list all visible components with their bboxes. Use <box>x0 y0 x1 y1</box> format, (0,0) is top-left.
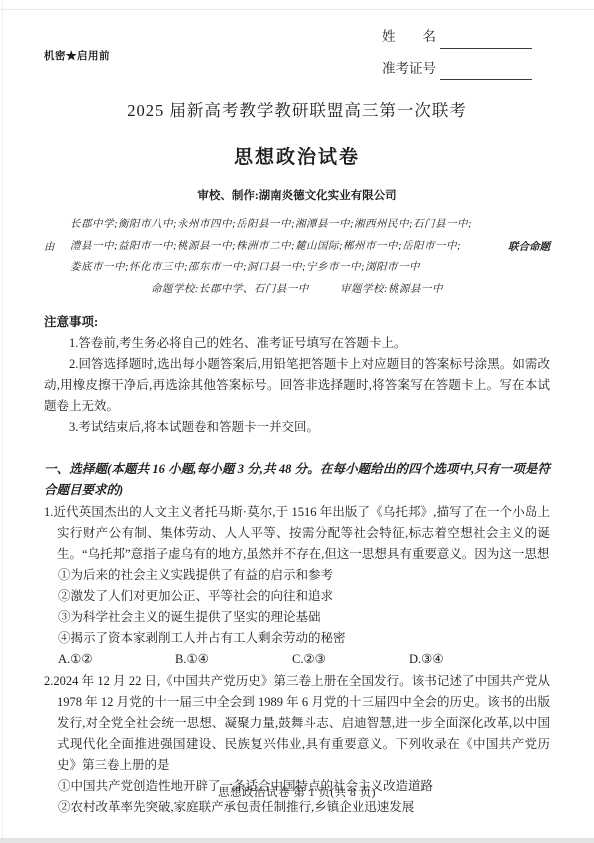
exam-title: 2025 届新高考教学教研联盟高三第一次联考 <box>44 97 550 125</box>
school-line-3: 娄底市一中;怀化市三中;邵东市一中;洞口县一中;宁乡市一中;浏阳市一中 <box>70 257 492 279</box>
page-header: 机密★启用前 姓 名 准考证号 <box>44 26 550 89</box>
question-2-stem: 2.2024 年 12 月 22 日,《中国共产党历史》第三卷上册在全国发行。该… <box>44 671 550 776</box>
question-1-statement-4: ④揭示了资本家剥削工人并占有工人剩余劳动的秘密 <box>58 628 550 649</box>
notice-section: 注意事项: 1.答卷前,考生务必将自己的姓名、准考证号填写在答题卡上。 2.回答… <box>44 312 550 438</box>
admission-no-label: 准考证号 <box>382 58 436 81</box>
question-1-choice-c: C.②③ <box>292 649 409 670</box>
question-1-statement-3: ③为科学社会主义的诞生提供了坚实的理论基础 <box>58 607 550 628</box>
setter-schools: 命题学校:长郡中学、石门县一中 <box>151 284 309 295</box>
school-line-2: 澧县一中;益阳市一中;桃源县一中;株洲市二中;麓山国际;郴州市一中;岳阳市一中; <box>70 236 492 258</box>
scan-edge-top <box>0 9 594 10</box>
reviewer-school: 审题学校:桃源县一中 <box>340 284 443 295</box>
question-1-stem: 1.近代英国杰出的人文主义者托马斯·莫尔,于 1516 年出版了《乌托邦》,描写… <box>44 502 550 565</box>
school-list: 长郡中学;衡阳市八中;永州市四中;岳阳县一中;湘潭县一中;湘西州民中;石门县一中… <box>70 214 492 279</box>
producer-line: 审校、制作:湖南炎德文化实业有限公司 <box>44 187 550 206</box>
section-1-header: 一、选择题(本题共 16 小题,每小题 3 分,共 48 分。在每小题给出的四个… <box>44 459 550 501</box>
question-1-choice-b: B.①④ <box>175 649 292 670</box>
name-label: 姓 名 <box>382 26 436 49</box>
candidate-info-block: 姓 名 准考证号 <box>382 26 532 89</box>
notice-item-3: 3.考试结束后,将本试题卷和答题卡一并交回。 <box>44 417 550 438</box>
subject-title: 思想政治试卷 <box>44 142 550 174</box>
page-footer: 思想政治试卷 第 1 页(共 8 页) <box>0 784 594 803</box>
admission-no-row: 准考证号 <box>382 58 532 81</box>
notice-item-2: 2.回答选择题时,选出每小题答案后,用铅笔把答题卡上对应题目的答案标号涂黑。如需… <box>44 354 550 417</box>
name-row: 姓 名 <box>382 26 532 49</box>
joint-proposition-block: 由 长郡中学;衡阳市八中;永州市四中;岳阳县一中;湘潭县一中;湘西州民中;石门县… <box>44 214 550 279</box>
notice-title: 注意事项: <box>44 312 550 333</box>
question-1-choices: A.①② B.①④ C.②③ D.③④ <box>58 649 550 670</box>
name-fill-line <box>440 34 532 49</box>
question-1: 1.近代英国杰出的人文主义者托马斯·莫尔,于 1516 年出版了《乌托邦》,描写… <box>44 502 550 670</box>
school-line-1: 长郡中学;衡阳市八中;永州市四中;岳阳县一中;湘潭县一中;湘西州民中;石门县一中… <box>70 214 492 236</box>
scan-edge-bottom <box>0 838 594 843</box>
question-1-statement-2: ②激发了人们对更加公正、平等社会的向往和追求 <box>58 586 550 607</box>
question-1-choice-d: D.③④ <box>409 649 444 670</box>
notice-item-1: 1.答卷前,考生务必将自己的姓名、准考证号填写在答题卡上。 <box>44 333 550 354</box>
by-character: 由 <box>44 214 70 279</box>
question-1-statement-1: ①为后来的社会主义实践提供了有益的启示和参考 <box>58 565 550 586</box>
joint-proposition-label: 联合命题 <box>492 214 550 279</box>
confidential-notice: 机密★启用前 <box>44 48 110 66</box>
scan-edge-left <box>2 0 3 843</box>
question-1-choice-a: A.①② <box>58 649 175 670</box>
exam-paper-page: 机密★启用前 姓 名 准考证号 2025 届新高考教学教研联盟高三第一次联考 思… <box>0 0 594 843</box>
setter-reviewer-line: 命题学校:长郡中学、石门县一中 审题学校:桃源县一中 <box>44 281 550 299</box>
admission-no-fill-line <box>440 65 532 80</box>
